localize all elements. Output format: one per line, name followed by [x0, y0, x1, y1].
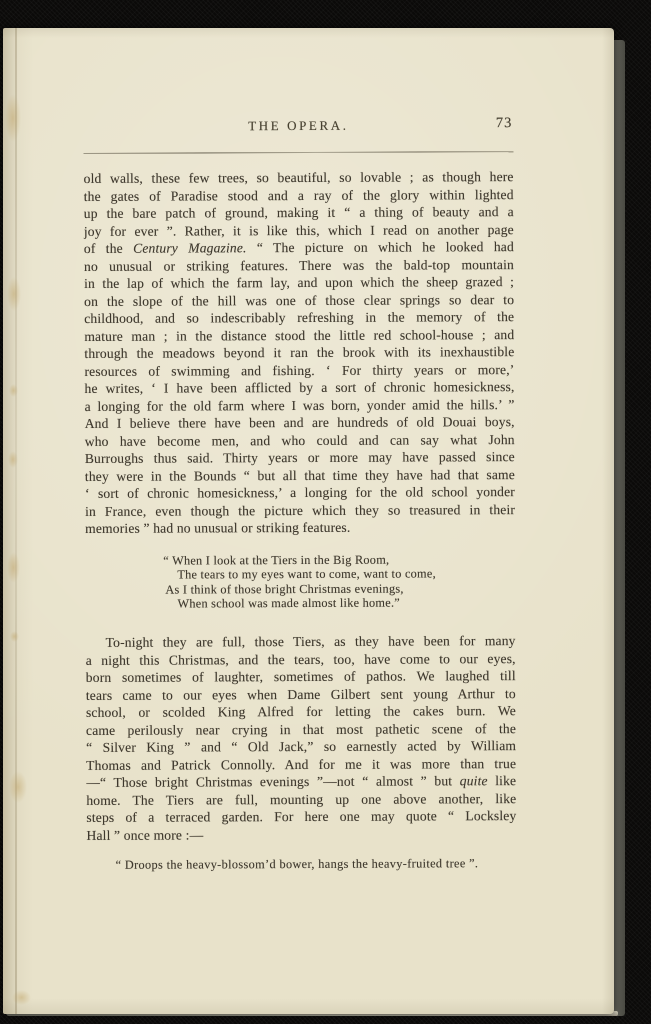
page-stain	[7, 277, 21, 311]
text-line: of the Century Magazine. “ The picture o…	[84, 238, 514, 257]
text-line: no unusual or striking features. There w…	[84, 256, 514, 275]
verse-quote: “ When I look at the Tiers in the Big Ro…	[163, 552, 436, 611]
text-line: they were in the Bounds “ but all that t…	[85, 466, 515, 485]
page-stain	[12, 990, 31, 1005]
text-line: childhood, and so indescribably refreshi…	[84, 308, 514, 327]
text-line: through the meadows beyond it ran the br…	[84, 343, 514, 362]
text-line: came perilously near crying in that most…	[86, 720, 516, 739]
text-line: resources of swimming and fishing. ‘ For…	[84, 361, 514, 380]
text-line: The tears to my eyes want to come, want …	[163, 567, 436, 583]
text-line: mature man ; in the distance stood the l…	[84, 326, 514, 345]
text-line: steps of a terraced garden. For here one…	[86, 807, 516, 826]
text-line: As I think of those bright Christmas eve…	[163, 581, 436, 597]
text-line: on the slope of the hill was one of thos…	[84, 291, 514, 310]
text-line: in France, even though the picture which…	[85, 501, 515, 520]
text-line: the gates of Paradise stood and a ray of…	[84, 186, 514, 205]
running-header: THE OPERA. 73	[83, 117, 513, 137]
text-line: memories ” had no unusual or striking fe…	[85, 518, 515, 537]
text-line: “ Silver King ” and “ Old Jack,” so earn…	[86, 737, 516, 756]
text-line: a longing for the old farm where I was b…	[85, 396, 515, 415]
text-line: up the bare patch of ground, making it “…	[84, 203, 514, 222]
text-line: born sometimes of laughter, sometimes of…	[86, 667, 516, 686]
text-line: —“ Those bright Christmas evenings ”—not…	[86, 772, 516, 791]
text-line: And I believe there have been and are hu…	[85, 413, 515, 432]
scanned-book-photo: THE OPERA. 73 old walls, these few trees…	[0, 0, 651, 1024]
page-stain	[7, 552, 20, 583]
chapter-header: THE OPERA.	[248, 118, 348, 134]
header-rule	[83, 151, 513, 154]
text-line: a night this Christmas, and the tears, t…	[86, 650, 516, 669]
page-stain	[9, 771, 27, 803]
text-line: ‘ sort of chronic homesickness,’ a longi…	[85, 483, 515, 502]
page-number: 73	[496, 115, 513, 132]
text-line: Burroughs thus said. Thirty years or mor…	[85, 448, 515, 467]
text-line: To-night they are full, those Tiers, as …	[86, 632, 516, 651]
text-line: home. The Tiers are full, mounting up on…	[86, 790, 516, 809]
text-line: old walls, these few trees, so beautiful…	[84, 168, 514, 187]
text-line: in the lap of which the farm lay, and up…	[84, 273, 514, 292]
page-stain	[10, 631, 19, 642]
text-line: Hall ” once more :—	[86, 825, 516, 844]
body-paragraph-2: To-night they are full, those Tiers, as …	[86, 632, 517, 844]
closing-quote: “ Droops the heavy-blossom’d bower, hang…	[116, 856, 516, 873]
text-line: tears came to our eyes when Dame Gilbert…	[86, 685, 516, 704]
body-paragraph-1: old walls, these few trees, so beautiful…	[84, 168, 516, 537]
text-line: Thomas and Patrick Connolly. And for me …	[86, 755, 516, 774]
book-page: THE OPERA. 73 old walls, these few trees…	[3, 28, 614, 1014]
text-line: who have become men, and who could and c…	[85, 431, 515, 450]
text-line: school, or scolded King Alfred for letti…	[86, 702, 516, 721]
page-stain	[5, 94, 21, 142]
text-line: he writes, ‘ I have been afflicted by a …	[84, 378, 514, 397]
text-line: “ When I look at the Tiers in the Big Ro…	[163, 552, 436, 568]
page-stain	[8, 451, 18, 468]
text-line: When school was made almost like home.”	[163, 596, 436, 612]
page-stain	[9, 384, 18, 397]
page-fold-crease	[15, 28, 17, 1014]
page-content: THE OPERA. 73 old walls, these few trees…	[83, 27, 513, 29]
text-line: joy for ever ”. Rather, it is like this,…	[84, 221, 514, 240]
